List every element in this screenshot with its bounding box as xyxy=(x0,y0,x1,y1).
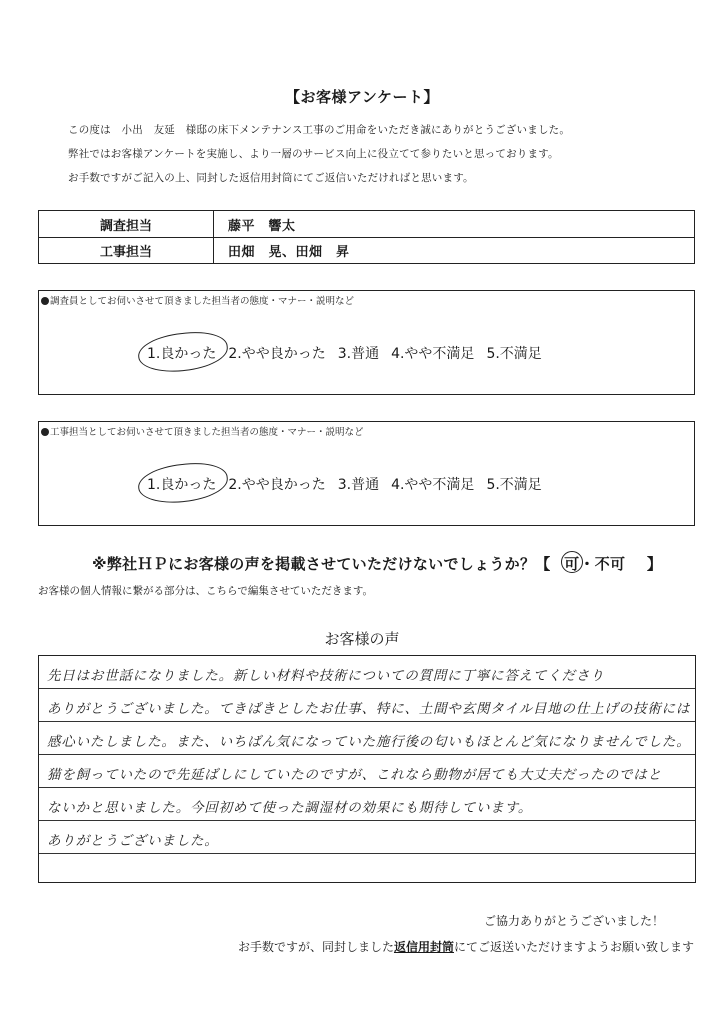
voice-line-1: 先日はお世話になりました。新しい材料や技術についての質問に丁寧に答えてくださり xyxy=(39,656,695,689)
rating-option-2[interactable]: 2.やや良かった xyxy=(228,474,325,494)
voice-line-4: 猫を飼っていたので先延ばしにしていたのですが、これなら動物が居ても大丈夫だったの… xyxy=(39,755,695,788)
hp-permission-note: お客様の個人情報に繋がる部分は、こちらで編集させていただきます。 xyxy=(38,583,373,598)
rating-options-surveyor: 1.良かった 2.やや良かった 3.普通 4.やや不満足 5.不満足 xyxy=(147,343,542,363)
rating-option-5[interactable]: 5.不満足 xyxy=(486,474,541,494)
voice-line-3: 感心いたしました。また、いちばん気になっていた施行後の匂いもほとんど気になりませ… xyxy=(39,722,695,755)
hp-choice-no[interactable]: 不可 xyxy=(595,555,626,573)
rating-options-construction: 1.良かった 2.やや良かった 3.普通 4.やや不満足 5.不満足 xyxy=(147,474,542,494)
question-text: 調査員としてお伺いさせて頂きました担当者の態度・マナー・説明など xyxy=(50,296,354,307)
bullet-icon xyxy=(41,428,49,436)
intro-line-1: この度は 小出 友延 様邸の床下メンテナンス工事のご用命をいただき誠にありがとう… xyxy=(68,122,570,137)
bullet-icon xyxy=(41,297,49,305)
return-instructions: お手数ですが、同封しました返信用封筒にてご返送いただけますようお願い致します xyxy=(238,938,694,955)
return-prefix: お手数ですが、同封しました xyxy=(238,940,394,954)
intro-line-3: お手数ですがご記入の上、同封した返信用封筒にてご返信いただければと思います。 xyxy=(68,170,474,185)
staff-label-construction: 工事担当 xyxy=(39,237,214,263)
rating-option-3[interactable]: 3.普通 xyxy=(338,343,379,363)
rating-option-2[interactable]: 2.やや良かった xyxy=(228,343,325,363)
voice-line-5: ないかと思いました。今回初めて使った調湿材の効果にも期待しています。 xyxy=(39,788,695,821)
rating-option-1[interactable]: 1.良かった xyxy=(147,474,216,494)
thanks-message: ご協力ありがとうございました！ xyxy=(484,912,664,929)
rating-option-3[interactable]: 3.普通 xyxy=(338,474,379,494)
intro-line-2: 弊社ではお客様アンケートを実施し、より一層のサービス向上に役立てて参りたいと思っ… xyxy=(68,146,559,161)
staff-table: 調査担当 藤平 響太 工事担当 田畑 晃、田畑 昇 xyxy=(38,210,695,264)
question-box-surveyor: 調査員としてお伺いさせて頂きました担当者の態度・マナー・説明など 1.良かった … xyxy=(38,290,695,395)
question-text: 工事担当としてお伺いさせて頂きました担当者の態度・マナー・説明など xyxy=(50,427,364,438)
rating-option-4[interactable]: 4.やや不満足 xyxy=(391,474,474,494)
rating-option-1[interactable]: 1.良かった xyxy=(147,343,216,363)
hp-bracket-close: 】 xyxy=(647,555,662,573)
staff-value-construction: 田畑 晃、田畑 昇 xyxy=(214,241,350,260)
hp-question-text: ※弊社ＨＰにお客様の声を掲載させていただけないでしょうか？【 xyxy=(92,555,551,573)
return-envelope-emphasis: 返信用封筒 xyxy=(394,940,454,954)
question-box-construction: 工事担当としてお伺いさせて頂きました担当者の態度・マナー・説明など 1.良かった… xyxy=(38,421,695,526)
voice-line-6: ありがとうございました。 xyxy=(39,821,695,854)
document-title: 【お客様アンケート】 xyxy=(0,86,724,107)
question-label-surveyor: 調査員としてお伺いさせて頂きました担当者の態度・マナー・説明など xyxy=(41,293,354,307)
staff-row-construction: 工事担当 田畑 晃、田畑 昇 xyxy=(39,237,694,263)
staff-label-survey: 調査担当 xyxy=(39,211,214,237)
rating-option-4[interactable]: 4.やや不満足 xyxy=(391,343,474,363)
return-suffix: にてご返送いただけますようお願い致します xyxy=(454,940,694,954)
voice-line-7 xyxy=(39,854,695,887)
question-label-construction: 工事担当としてお伺いさせて頂きました担当者の態度・マナー・説明など xyxy=(41,424,364,438)
rating-option-5[interactable]: 5.不満足 xyxy=(486,343,541,363)
hp-choice-yes[interactable]: 可 xyxy=(564,553,579,574)
staff-value-survey: 藤平 響太 xyxy=(214,215,296,234)
customer-voice-box[interactable]: 先日はお世話になりました。新しい材料や技術についての質問に丁寧に答えてくださり … xyxy=(38,655,696,883)
voice-line-2: ありがとうございました。てきぱきとしたお仕事、特に、土間や玄関タイル目地の仕上げ… xyxy=(39,689,695,722)
customer-voice-heading: お客様の声 xyxy=(0,628,724,649)
hp-permission-question: ※弊社ＨＰにお客様の声を掲載させていただけないでしょうか？【 可・不可 】 xyxy=(92,553,662,574)
staff-row-survey: 調査担当 藤平 響太 xyxy=(39,211,694,238)
